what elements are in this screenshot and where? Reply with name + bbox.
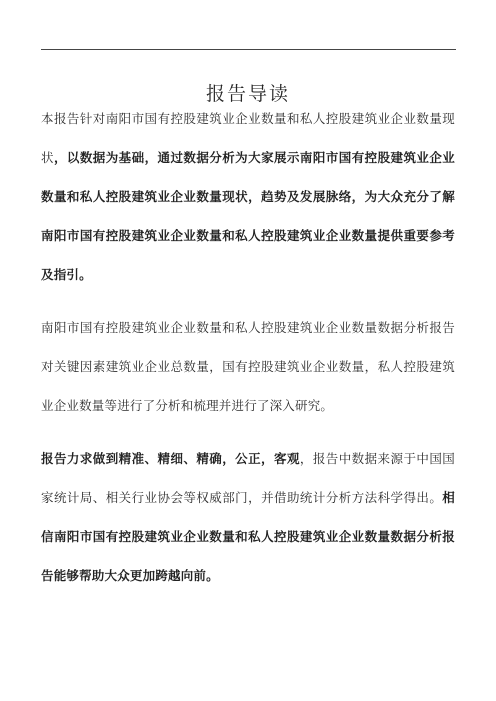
paragraph: 本报告针对南阳市国有控股建筑业企业数量和私人控股建筑业企业数量现状，以数据为基础… bbox=[41, 100, 455, 295]
text-run-bold: 报告力求做到精准、精细、精确，公正，客观 bbox=[41, 452, 300, 466]
paragraph: 报告力求做到精准、精细、精确，公正，客观，报告中数据来源于中国国家统计局、相关行… bbox=[41, 440, 455, 596]
document-body: 本报告针对南阳市国有控股建筑业企业数量和私人控股建筑业企业数量现状，以数据为基础… bbox=[41, 100, 455, 610]
document-page: 报告导读 本报告针对南阳市国有控股建筑业企业数量和私人控股建筑业企业数量现状，以… bbox=[0, 0, 496, 701]
text-run-bold: ，以数据为基础，通过数据分析为大家展示南阳市国有控股建筑业企业数量和私人控股建筑… bbox=[41, 151, 455, 282]
text-run: 南阳市国有控股建筑业企业数量和私人控股建筑业企业数量数据分析报告对关键因素建筑业… bbox=[41, 321, 455, 413]
header-rule bbox=[41, 49, 456, 50]
paragraph: 南阳市国有控股建筑业企业数量和私人控股建筑业企业数量数据分析报告对关键因素建筑业… bbox=[41, 309, 455, 426]
